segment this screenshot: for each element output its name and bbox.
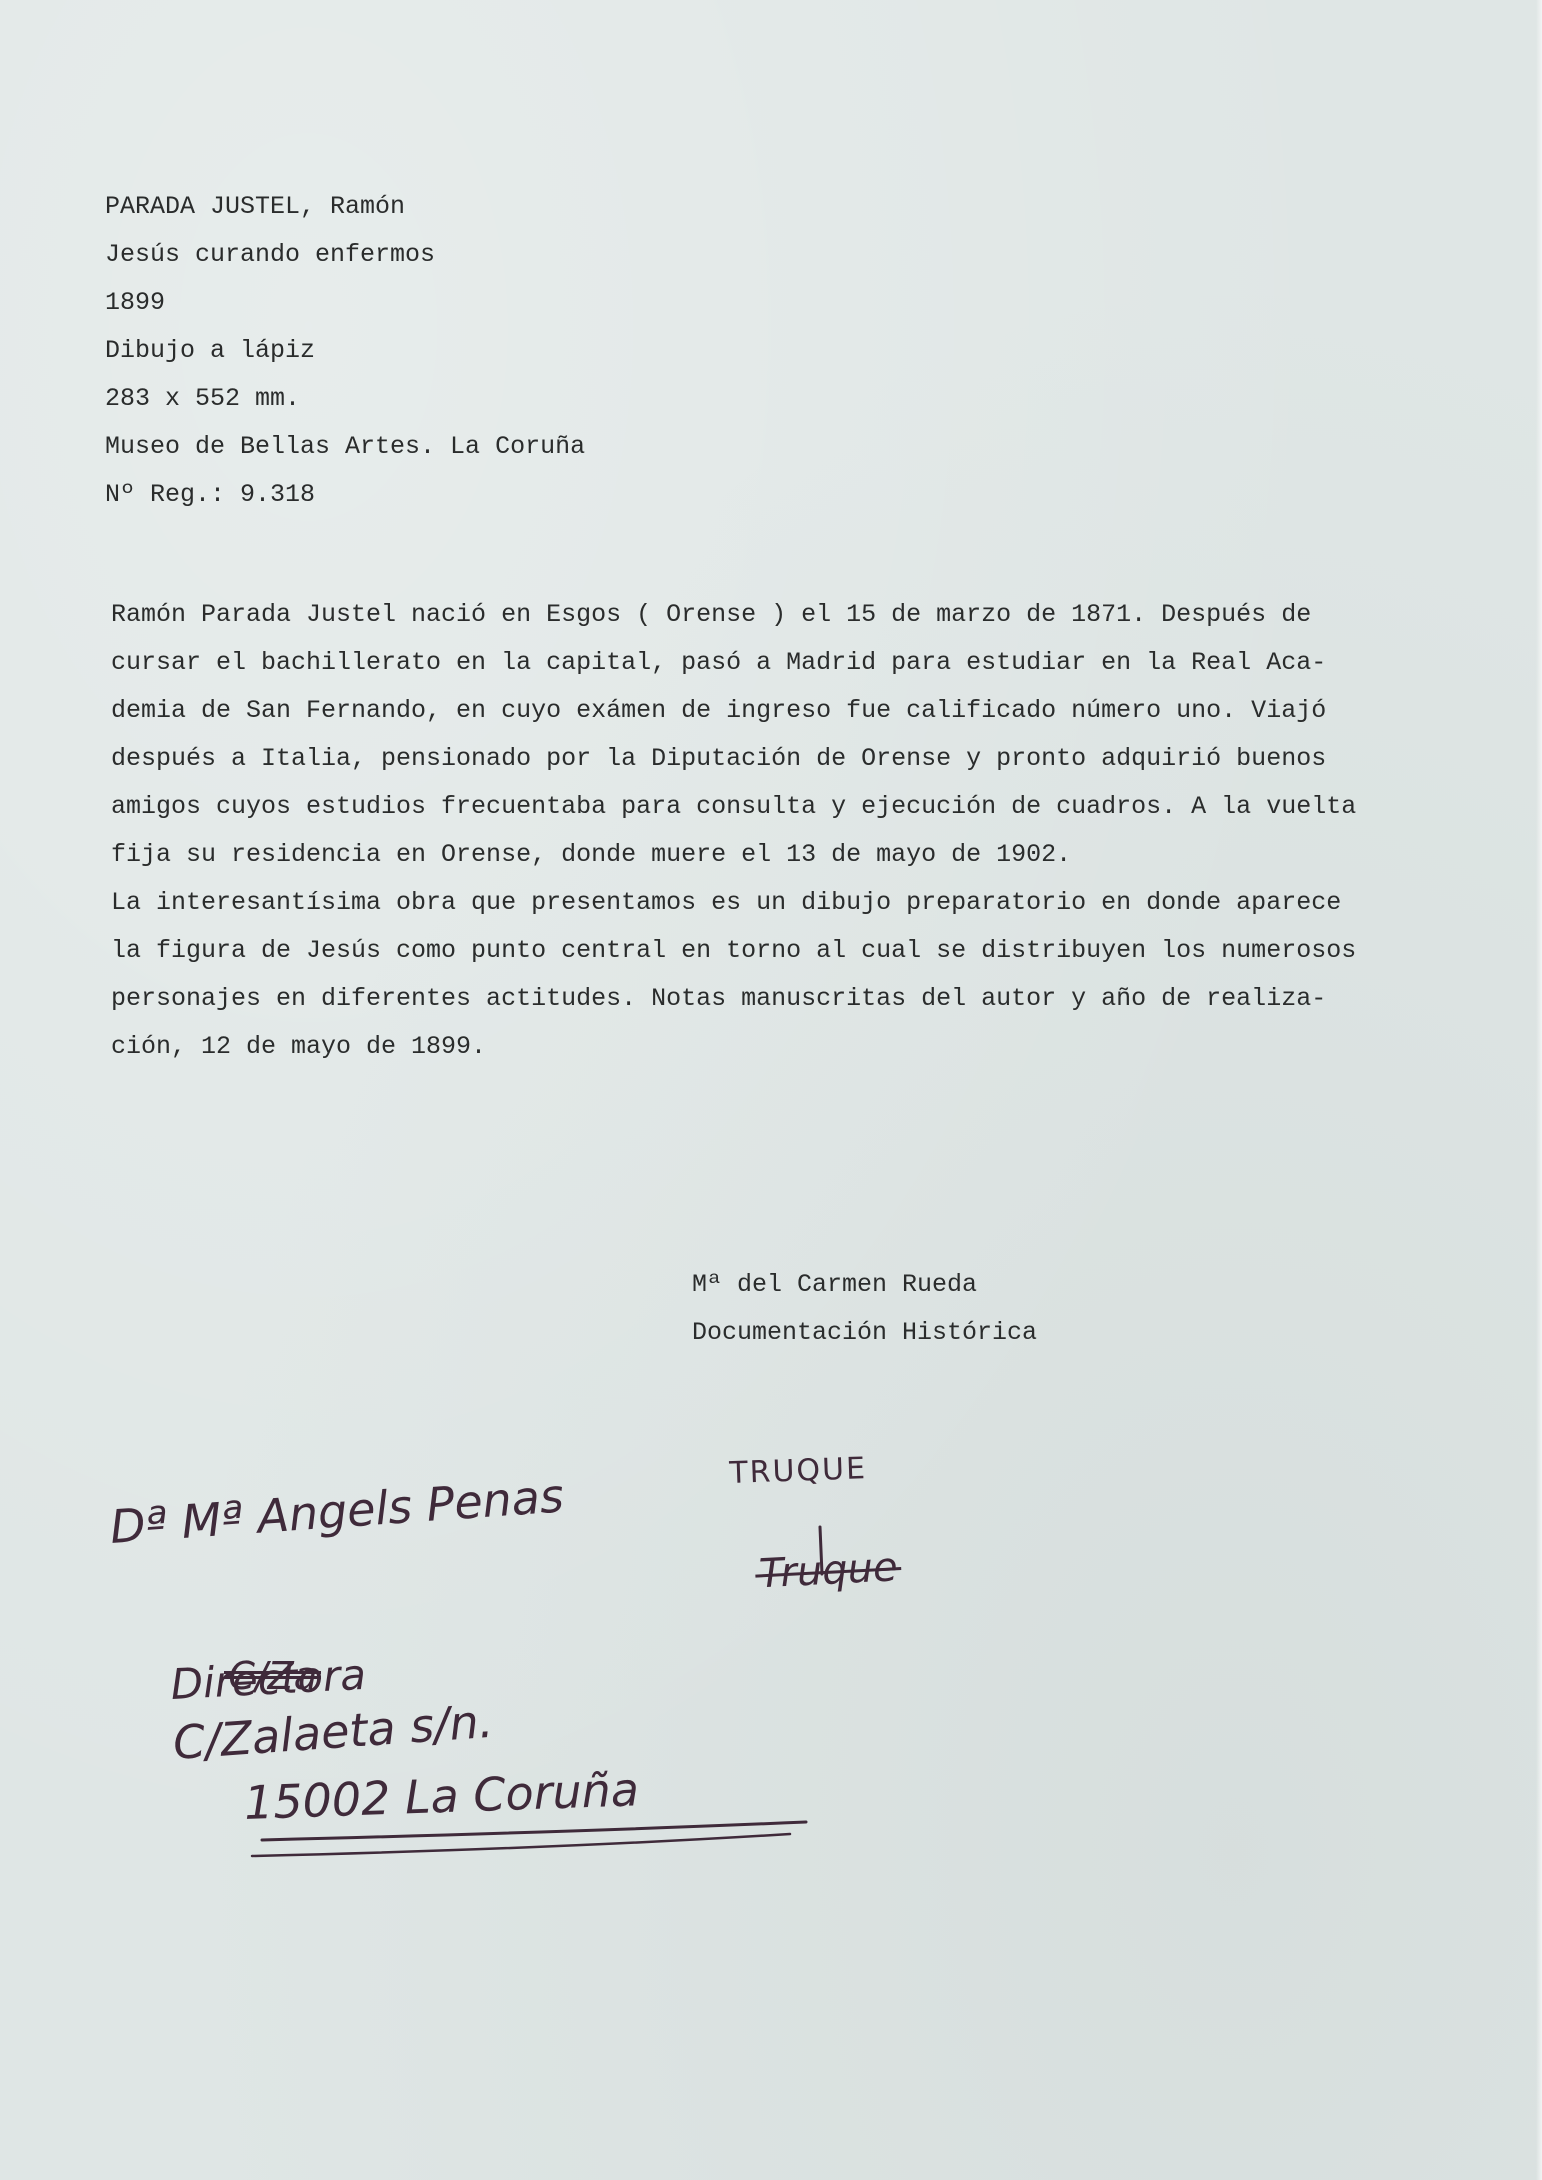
biography-line: fija su residencia en Orense, donde muer… xyxy=(111,840,1071,869)
biography-line: la figura de Jesús como punto central en… xyxy=(111,936,1356,965)
handwritten-role: Directora xyxy=(169,1650,367,1709)
artwork-collection: Museo de Bellas Artes. La Coruña xyxy=(105,432,585,461)
handwritten-correction: TRUQUE xyxy=(729,1451,868,1491)
handwritten-struck-surname: Truque xyxy=(705,1498,901,1646)
registry-number: Nº Reg.: 9.318 xyxy=(105,480,315,509)
artwork-year: 1899 xyxy=(105,288,165,317)
biography-line: ción, 12 de mayo de 1899. xyxy=(111,1032,486,1061)
scanned-paper xyxy=(0,0,1542,2180)
artwork-title: Jesús curando enfermos xyxy=(105,240,435,269)
biography-line: demia de San Fernando, en cuyo exámen de… xyxy=(111,696,1326,725)
biography-line: amigos cuyos estudios frecuentaba para c… xyxy=(111,792,1356,821)
struck-surname-text: Truque xyxy=(758,1544,899,1597)
paper-edge xyxy=(1536,0,1542,2180)
artwork-dimensions: 283 x 552 mm. xyxy=(105,384,300,413)
biography-line: después a Italia, pensionado por la Dipu… xyxy=(111,744,1326,773)
biography-line: personajes en diferentes actitudes. Nota… xyxy=(111,984,1326,1013)
signatory-department: Documentación Histórica xyxy=(692,1318,1037,1347)
biography-line: cursar el bachillerato en la capital, pa… xyxy=(111,648,1326,677)
biography-line: La interesantísima obra que presentamos … xyxy=(111,888,1341,917)
artist-name: PARADA JUSTEL, Ramón xyxy=(105,192,405,221)
signatory-name: Mª del Carmen Rueda xyxy=(692,1270,977,1299)
artwork-technique: Dibujo a lápiz xyxy=(105,336,315,365)
biography-line: Ramón Parada Justel nació en Esgos ( Ore… xyxy=(111,600,1311,629)
